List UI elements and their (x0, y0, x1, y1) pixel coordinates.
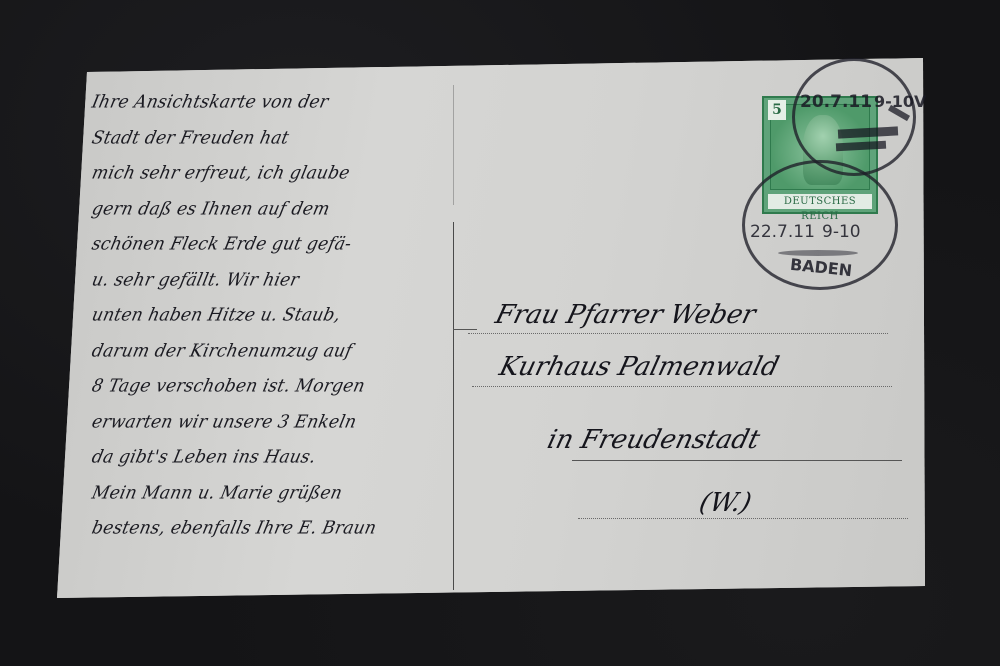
address-line-recipient: Frau Pfarrer Weber (492, 300, 758, 330)
address-rule-4 (578, 518, 908, 519)
message-line: schönen Fleck Erde gut gefä- (88, 226, 466, 263)
message-line: Stadt der Freuden hat (88, 120, 466, 157)
message-line: mich sehr erfreut, ich glaube (88, 155, 466, 192)
address-rule-3 (572, 460, 902, 461)
message-line: unten haben Hitze u. Staub, (88, 297, 466, 334)
address-rule-2 (472, 386, 892, 387)
message-line: erwarten wir unsere 3 Enkeln (88, 404, 466, 441)
postmark-lower-time: 9-10 (822, 222, 861, 242)
address-line-region: (W.) (696, 488, 754, 518)
address-line-city: in Freudenstadt (544, 425, 763, 455)
message-line: Mein Mann u. Marie grüßen (88, 475, 466, 512)
address-line-building: Kurhaus Palmenwald (496, 352, 782, 382)
postmark-upper-date: 20.7.11 (800, 92, 872, 112)
postmark-upper-ring (792, 58, 916, 176)
message-line: da gibt's Leben ins Haus. (88, 439, 466, 476)
address-rule-1 (468, 333, 888, 334)
handwritten-message: Ihre Ansichtskarte von der Stadt der Fre… (88, 86, 458, 548)
postmark-inner-arc (778, 250, 858, 256)
stamp-value: 5 (768, 100, 786, 120)
postmark-lower-date: 22.7.11 (750, 222, 815, 242)
message-line: bestens, ebenfalls Ihre E. Braun (88, 510, 466, 547)
message-line: 8 Tage verschoben ist. Morgen (88, 368, 466, 405)
postmark-upper-time: 9-10V (874, 92, 926, 111)
message-line: gern daß es Ihnen auf dem (88, 191, 466, 228)
message-line: u. sehr gefällt. Wir hier (88, 262, 466, 299)
message-line: Ihre Ansichtskarte von der (88, 84, 466, 121)
message-line: darum der Kirchenumzug auf (88, 333, 466, 370)
